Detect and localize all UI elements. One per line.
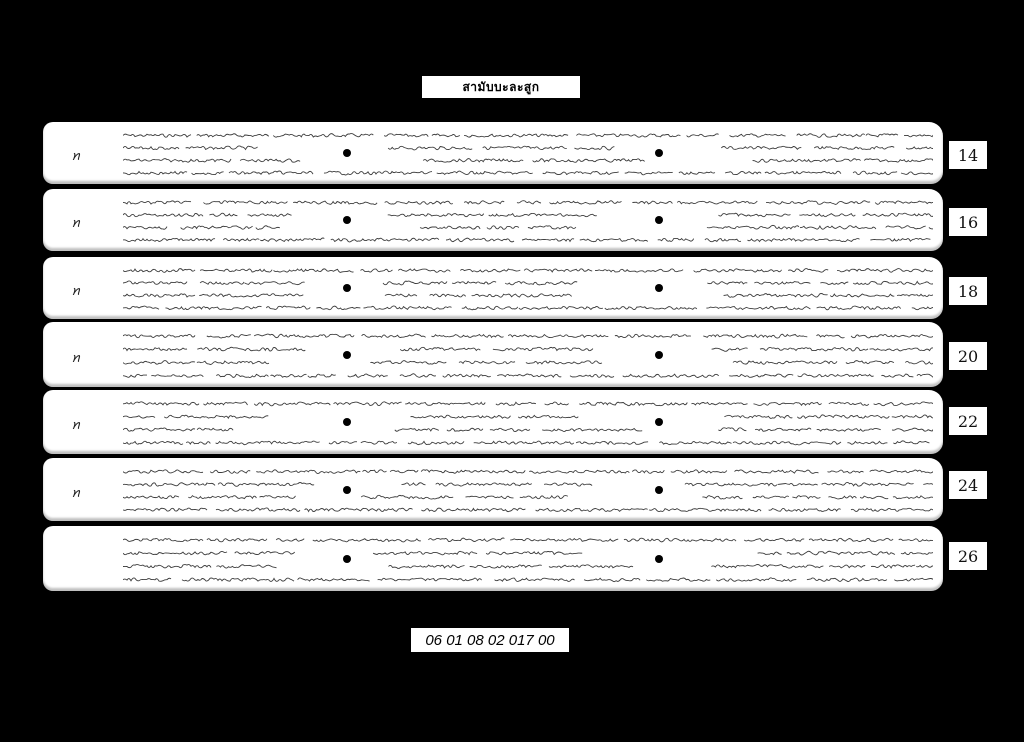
manuscript-text bbox=[123, 396, 933, 448]
palm-leaf-14: ꪀ bbox=[43, 122, 943, 184]
manuscript-text bbox=[123, 263, 933, 313]
palm-leaf-26 bbox=[43, 526, 943, 591]
binding-hole bbox=[655, 555, 663, 563]
palm-leaf-20: ꪀ bbox=[43, 322, 943, 387]
binding-hole bbox=[343, 486, 351, 494]
leaf-marker: ꪀ bbox=[71, 279, 80, 306]
palm-leaf-16: ꪀ bbox=[43, 189, 943, 251]
binding-hole bbox=[343, 149, 351, 157]
page-number-label: 18 bbox=[949, 277, 987, 305]
manuscript-text bbox=[123, 464, 933, 515]
binding-hole bbox=[343, 418, 351, 426]
leaf-marker: ꪀ bbox=[71, 413, 80, 440]
leaf-marker: ꪀ bbox=[71, 481, 80, 508]
manuscript-title-label: สามับบะละสูก bbox=[422, 76, 580, 98]
manuscript-text bbox=[123, 328, 933, 381]
binding-hole bbox=[343, 216, 351, 224]
binding-hole bbox=[655, 486, 663, 494]
binding-hole bbox=[655, 351, 663, 359]
leaf-marker: ꪀ bbox=[71, 144, 80, 171]
page-number-label: 20 bbox=[949, 342, 987, 370]
page-number-label: 22 bbox=[949, 407, 987, 435]
binding-hole bbox=[655, 216, 663, 224]
leaf-marker: ꪀ bbox=[71, 346, 80, 373]
manuscript-text bbox=[123, 128, 933, 178]
binding-hole bbox=[655, 418, 663, 426]
binding-hole bbox=[343, 284, 351, 292]
binding-hole bbox=[343, 351, 351, 359]
manuscript-text bbox=[123, 195, 933, 245]
leaf-marker: ꪀ bbox=[71, 211, 80, 238]
binding-hole bbox=[655, 149, 663, 157]
binding-hole bbox=[343, 555, 351, 563]
palm-leaf-22: ꪀ bbox=[43, 390, 943, 454]
manuscript-text bbox=[123, 532, 933, 585]
catalog-number-label: 06 01 08 02 017 00 bbox=[411, 628, 569, 652]
page-number-label: 16 bbox=[949, 208, 987, 236]
binding-hole bbox=[655, 284, 663, 292]
palm-leaf-18: ꪀ bbox=[43, 257, 943, 319]
palm-leaf-24: ꪀ bbox=[43, 458, 943, 521]
page-number-label: 14 bbox=[949, 141, 987, 169]
page-number-label: 24 bbox=[949, 471, 987, 499]
page-number-label: 26 bbox=[949, 542, 987, 570]
